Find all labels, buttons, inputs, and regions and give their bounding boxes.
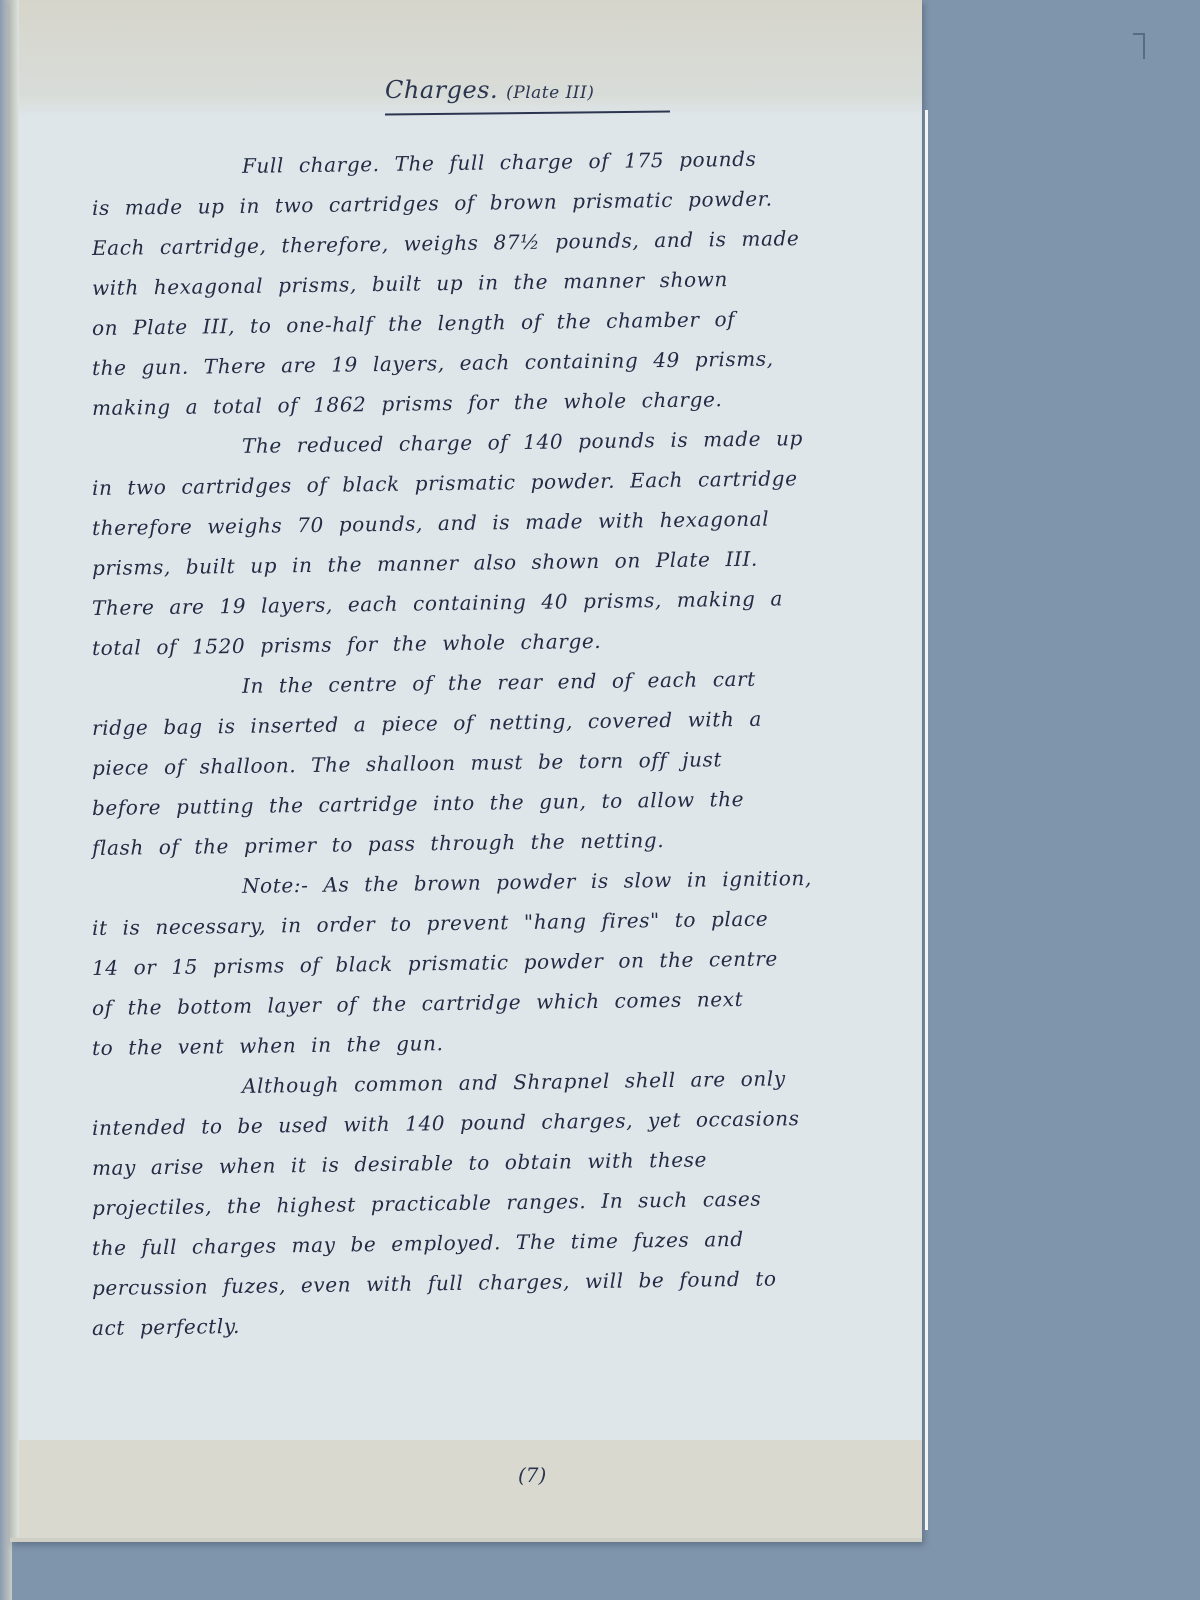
page-bottom-band xyxy=(10,1440,922,1538)
title-text: Charges. xyxy=(385,76,498,104)
document-body: Full charge. The full charge of 175 poun… xyxy=(92,148,912,1348)
page-left-fold xyxy=(10,0,19,1538)
page-number: (7) xyxy=(518,1463,546,1487)
page-title: Charges.(Plate III) xyxy=(385,76,675,104)
page-right-edge xyxy=(925,110,928,1530)
corner-mark xyxy=(1133,33,1145,59)
title-plate-reference: (Plate III) xyxy=(506,83,594,103)
